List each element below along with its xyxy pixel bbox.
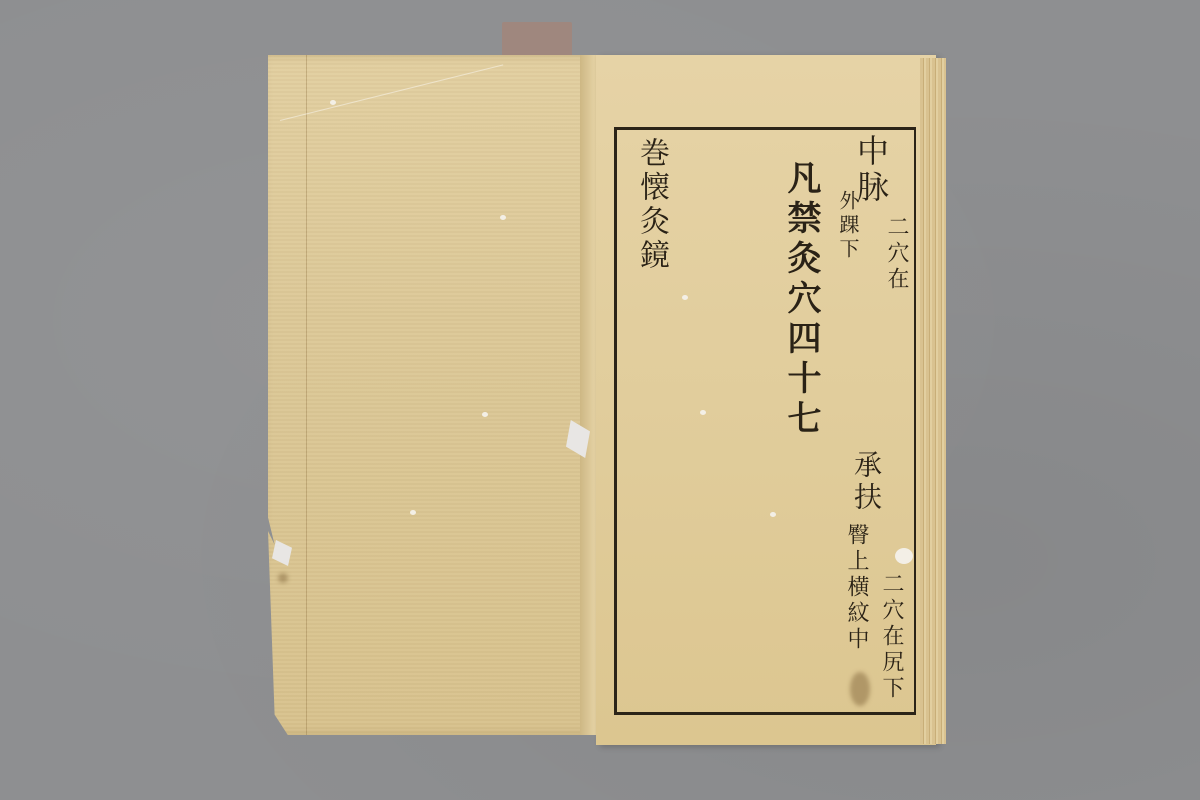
entry-1-note-right: 二穴在 [885, 215, 907, 293]
entry-2-name: 承扶 [852, 450, 880, 514]
wormhole [895, 548, 913, 564]
wormhole [330, 100, 336, 105]
entry-2-note-right: 二穴在尻下 [880, 572, 902, 702]
left-cover-page [268, 55, 598, 735]
stain-spot [850, 672, 870, 706]
entry-1-note-left: 外踝下 [838, 190, 858, 262]
wormhole [700, 410, 706, 415]
page-stack-edges [920, 58, 946, 744]
stain-spot [278, 573, 288, 583]
entry-2-note-left: 臀上横紋中 [845, 523, 867, 653]
wormhole [500, 215, 506, 220]
wormhole [770, 512, 776, 517]
wormhole [482, 412, 488, 417]
wormhole [410, 510, 416, 515]
wormhole [682, 295, 688, 300]
main-heading-column: 凡禁灸穴四十七 [784, 160, 818, 440]
book-title-column: 巻懐灸鏡 [636, 137, 666, 273]
